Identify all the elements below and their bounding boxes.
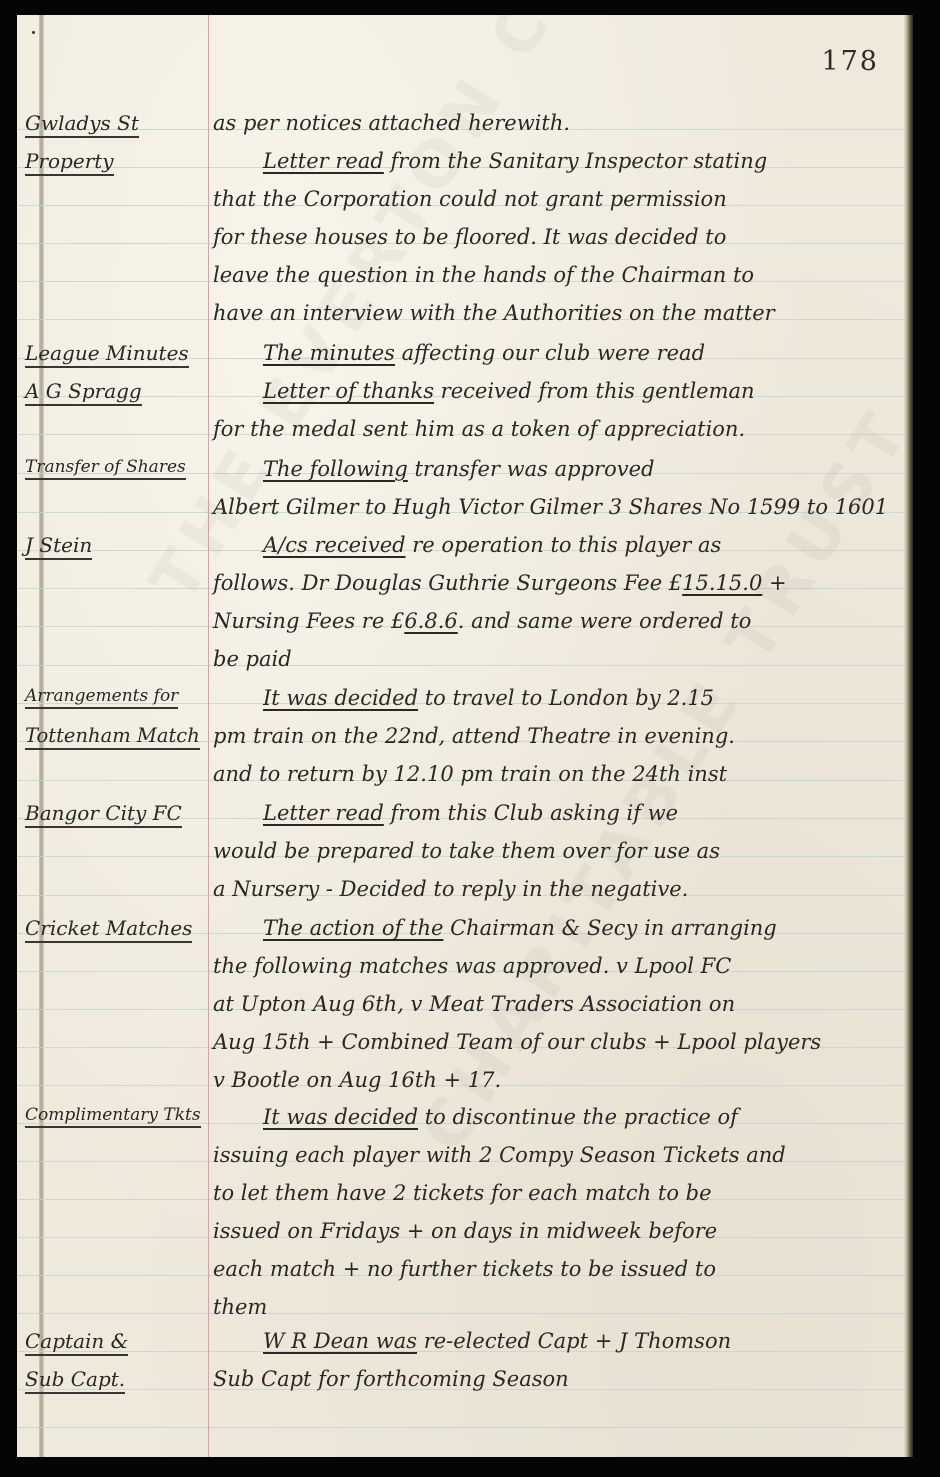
margin-heading: Arrangements for — [25, 686, 178, 709]
minute-line: for these houses to be floored. It was d… — [213, 225, 726, 249]
underlined-phrase: It was decided — [263, 686, 418, 710]
minute-line: have an interview with the Authorities o… — [213, 301, 775, 325]
underlined-phrase: A/cs received — [263, 533, 406, 557]
margin-heading: J Stein — [25, 533, 92, 560]
margin-heading: Sub Capt. — [25, 1367, 125, 1394]
line-text: from the Sanitary Inspector stating — [384, 149, 767, 173]
margin-heading: Bangor City FC — [25, 801, 182, 828]
underlined-phrase: It was decided — [263, 1105, 418, 1129]
underlined-phrase: The action of the — [263, 916, 443, 940]
minute-line: Letter read from the Sanitary Inspector … — [263, 149, 767, 173]
minute-line: would be prepared to take them over for … — [213, 839, 720, 863]
line-text: to discontinue the practice of — [418, 1105, 738, 1129]
line-text: to travel to London by 2.15 — [418, 686, 714, 710]
margin-heading: A G Spragg — [25, 379, 142, 406]
line-text: + — [762, 571, 786, 595]
minute-line: leave the question in the hands of the C… — [213, 263, 754, 287]
underlined-phrase: The minutes — [263, 341, 395, 365]
minute-line: Aug 15th + Combined Team of our clubs + … — [213, 1030, 821, 1054]
margin-heading: League Minutes — [25, 341, 189, 368]
minute-line: v Bootle on Aug 16th + 17. — [213, 1068, 501, 1092]
minute-line: W R Dean was re-elected Capt + J Thomson — [263, 1329, 731, 1353]
minute-line: be paid — [213, 647, 292, 671]
minute-line: The action of the Chairman & Secy in arr… — [263, 916, 777, 940]
minute-line: Letter read from this Club asking if we — [263, 801, 678, 825]
page-right-edge — [904, 15, 913, 1457]
minute-line: follows. Dr Douglas Guthrie Surgeons Fee… — [213, 571, 787, 595]
line-text: Nursing Fees re £ — [213, 609, 404, 633]
underlined-phrase: Letter read — [263, 149, 384, 173]
ink-speck — [32, 31, 35, 34]
minute-line: as per notices attached herewith. — [213, 111, 570, 135]
minute-book-page: THE EVERTON COLLECTION CHARITABLE TRUST … — [17, 15, 913, 1457]
minute-line: issuing each player with 2 Compy Season … — [213, 1143, 786, 1167]
minute-line: them — [213, 1295, 267, 1319]
underlined-phrase: 15.15.0 — [682, 571, 762, 595]
underlined-phrase: Letter of thanks — [263, 379, 434, 403]
minute-line: the following matches was approved. v Lp… — [213, 954, 731, 978]
line-text: re operation to this player as — [406, 533, 722, 557]
minute-line: at Upton Aug 6th, v Meat Traders Associa… — [213, 992, 735, 1016]
minute-line: a Nursery - Decided to reply in the nega… — [213, 877, 688, 901]
margin-heading: Tottenham Match — [25, 724, 200, 750]
underlined-phrase: W R Dean was — [263, 1329, 417, 1353]
underlined-phrase: 6.8.6 — [404, 609, 457, 633]
line-text: re-elected Capt + J Thomson — [417, 1329, 731, 1353]
margin-heading: Complimentary Tkts — [25, 1105, 201, 1128]
line-text: . and same were ordered to — [458, 609, 752, 633]
minute-line: It was decided to travel to London by 2.… — [263, 686, 714, 710]
minute-line: Letter of thanks received from this gent… — [263, 379, 755, 403]
minute-line: for the medal sent him as a token of app… — [213, 417, 745, 441]
minute-line: A/cs received re operation to this playe… — [263, 533, 721, 557]
margin-heading: Transfer of Shares — [25, 457, 186, 480]
minute-line: to let them have 2 tickets for each matc… — [213, 1181, 712, 1205]
minute-line: issued on Fridays + on days in midweek b… — [213, 1219, 717, 1243]
underlined-phrase: Letter read — [263, 801, 384, 825]
page-number: 178 — [821, 46, 879, 77]
line-text: transfer was approved — [408, 457, 655, 481]
minute-line: Sub Capt for forthcoming Season — [213, 1367, 569, 1391]
margin-heading: Captain & — [25, 1329, 128, 1356]
ruled-line — [17, 665, 904, 666]
line-text: follows. Dr Douglas Guthrie Surgeons Fee… — [213, 571, 682, 595]
line-text: from this Club asking if we — [384, 801, 678, 825]
margin-rule — [208, 15, 209, 1457]
minute-line: pm train on the 22nd, attend Theatre in … — [213, 724, 735, 748]
minute-line: Albert Gilmer to Hugh Victor Gilmer 3 Sh… — [213, 495, 888, 519]
line-text: received from this gentleman — [434, 379, 755, 403]
minute-line: each match + no further tickets to be is… — [213, 1257, 716, 1281]
line-text: Chairman & Secy in arranging — [443, 916, 776, 940]
minute-line: It was decided to discontinue the practi… — [263, 1105, 738, 1129]
margin-heading: Gwladys St — [25, 111, 139, 138]
minute-line: that the Corporation could not grant per… — [213, 187, 727, 211]
minute-line: Nursing Fees re £6.8.6. and same were or… — [213, 609, 751, 633]
minute-line: The minutes affecting our club were read — [263, 341, 705, 365]
ruled-line — [17, 1427, 904, 1428]
margin-heading: Cricket Matches — [25, 916, 192, 943]
ruled-line — [17, 1313, 904, 1314]
underlined-phrase: The following — [263, 457, 408, 481]
line-text: affecting our club were read — [395, 341, 705, 365]
minute-line: The following transfer was approved — [263, 457, 654, 481]
minute-line: and to return by 12.10 pm train on the 2… — [213, 762, 727, 786]
margin-heading: Property — [25, 149, 114, 176]
